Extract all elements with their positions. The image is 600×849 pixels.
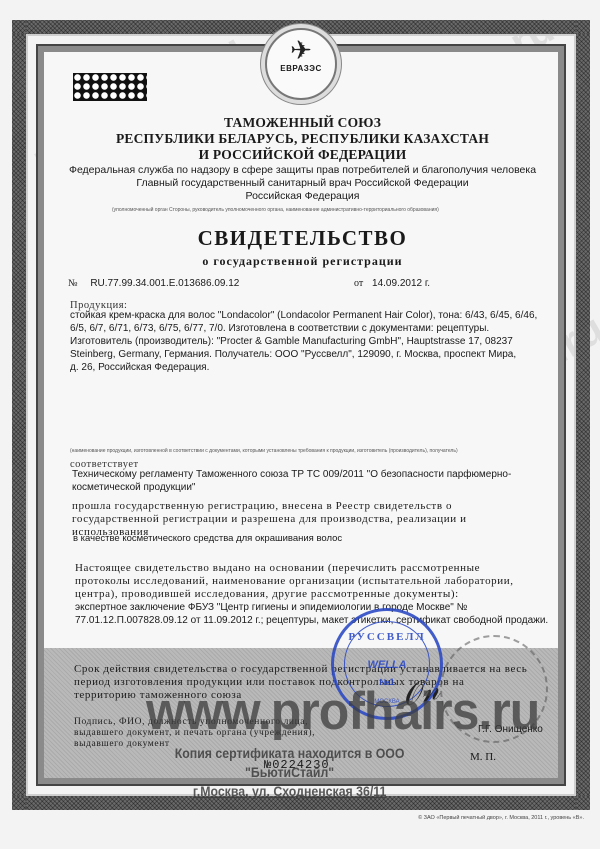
product-line: д. 26, Российская Федерация. xyxy=(70,361,560,374)
number-label: № xyxy=(68,278,78,289)
basis-details: экспертное заключение ФБУЗ "Центр гигиен… xyxy=(75,601,600,627)
registration-number: № RU.77.99.34.001.E.013686.09.12 xyxy=(68,278,239,289)
document-title: СВИДЕТЕЛЬСТВО xyxy=(50,226,555,251)
agency-line: Федеральная служба по надзору в сфере за… xyxy=(50,164,555,177)
heading-line: ТАМОЖЕННЫЙ СОЮЗ xyxy=(50,115,555,131)
site-watermark: www.profhairs.ru xyxy=(146,681,539,742)
heading-line: РЕСПУБЛИКИ БЕЛАРУСЬ, РЕСПУБЛИКИ КАЗАХСТА… xyxy=(50,131,555,147)
agency-caption: (уполномоченный орган Стороны, руководит… xyxy=(112,207,512,213)
certificate-page: profhairs.ru profhairs.ru profhairs.ru p… xyxy=(0,0,600,849)
stamp-brand: WELLA xyxy=(334,659,440,671)
basis-statement: Настоящее свидетельство выдано на основа… xyxy=(75,562,550,601)
document-subtitle: о государственной регистрации xyxy=(50,254,555,269)
basis-line: Настоящее свидетельство выдано на основа… xyxy=(75,562,550,575)
conformity-line: косметической продукции" xyxy=(72,481,552,494)
customs-union-heading: ТАМОЖЕННЫЙ СОЮЗ РЕСПУБЛИКИ БЕЛАРУСЬ, РЕС… xyxy=(50,115,555,163)
number-value: RU.77.99.34.001.E.013686.09.12 xyxy=(90,278,239,289)
stamp-name: РУССВЕЛЛ xyxy=(334,631,440,643)
conformity-text: Техническому регламенту Таможенного союз… xyxy=(72,468,552,494)
product-line: Steinberg, Germany, Германия. Получатель… xyxy=(70,348,560,361)
product-caption: (наименование продукции, изготовленной в… xyxy=(70,448,540,454)
basis-line: центра), проводившей исследования, други… xyxy=(75,588,550,601)
date-label: от xyxy=(354,278,363,289)
agency-line: Главный государственный санитарный врач … xyxy=(50,177,555,190)
basis-detail-line: экспертное заключение ФБУЗ "Центр гигиен… xyxy=(75,601,600,614)
usage-text: в качестве косметического средства для о… xyxy=(73,532,342,545)
date-value: 14.09.2012 г. xyxy=(372,278,430,289)
product-line: стойкая крем-краска для волос "Londacolo… xyxy=(70,309,560,322)
basis-line: протоколы исследований, наименование орг… xyxy=(75,575,550,588)
statement-line: прошла государственную регистрацию, внес… xyxy=(72,500,550,513)
product-line: 6/5, 6/7, 6/71, 6/73, 6/75, 6/77, 7/0. И… xyxy=(70,322,560,335)
seal-label: М. П. xyxy=(470,751,496,763)
emblem-label: ЕВРАЗЭС xyxy=(267,64,335,73)
conformity-line: Техническому регламенту Таможенного союз… xyxy=(72,468,552,481)
statement-line: государственной регистрации и разрешена … xyxy=(72,513,550,526)
product-description: стойкая крем-краска для волос "Londacolo… xyxy=(70,309,560,374)
copy-address-line: г.Москва, ул. Сходненская 36/11 xyxy=(140,782,439,801)
printer-footer: © ЗАО «Первый печатный двор», г. Москва,… xyxy=(418,815,584,821)
agency-line: Российская Федерация xyxy=(50,190,555,203)
security-pattern xyxy=(73,73,147,101)
eurasec-emblem: ✈ ЕВРАЗЭС xyxy=(265,28,337,100)
agency-heading: Федеральная служба по надзору в сфере за… xyxy=(50,164,555,203)
product-line: Изготовитель (производитель): "Procter &… xyxy=(70,335,560,348)
basis-detail-line: 77.01.12.П.007828.09.12 от 11.09.2012 г.… xyxy=(75,614,600,627)
copy-notice-line: Копия сертификата находится в ООО "Бьюти… xyxy=(140,744,439,782)
copy-notice-watermark: Копия сертификата находится в ООО "Бьюти… xyxy=(140,744,439,801)
registration-date: от 14.09.2012 г. xyxy=(354,278,430,289)
heading-line: И РОССИЙСКОЙ ФЕДЕРАЦИИ xyxy=(50,147,555,163)
